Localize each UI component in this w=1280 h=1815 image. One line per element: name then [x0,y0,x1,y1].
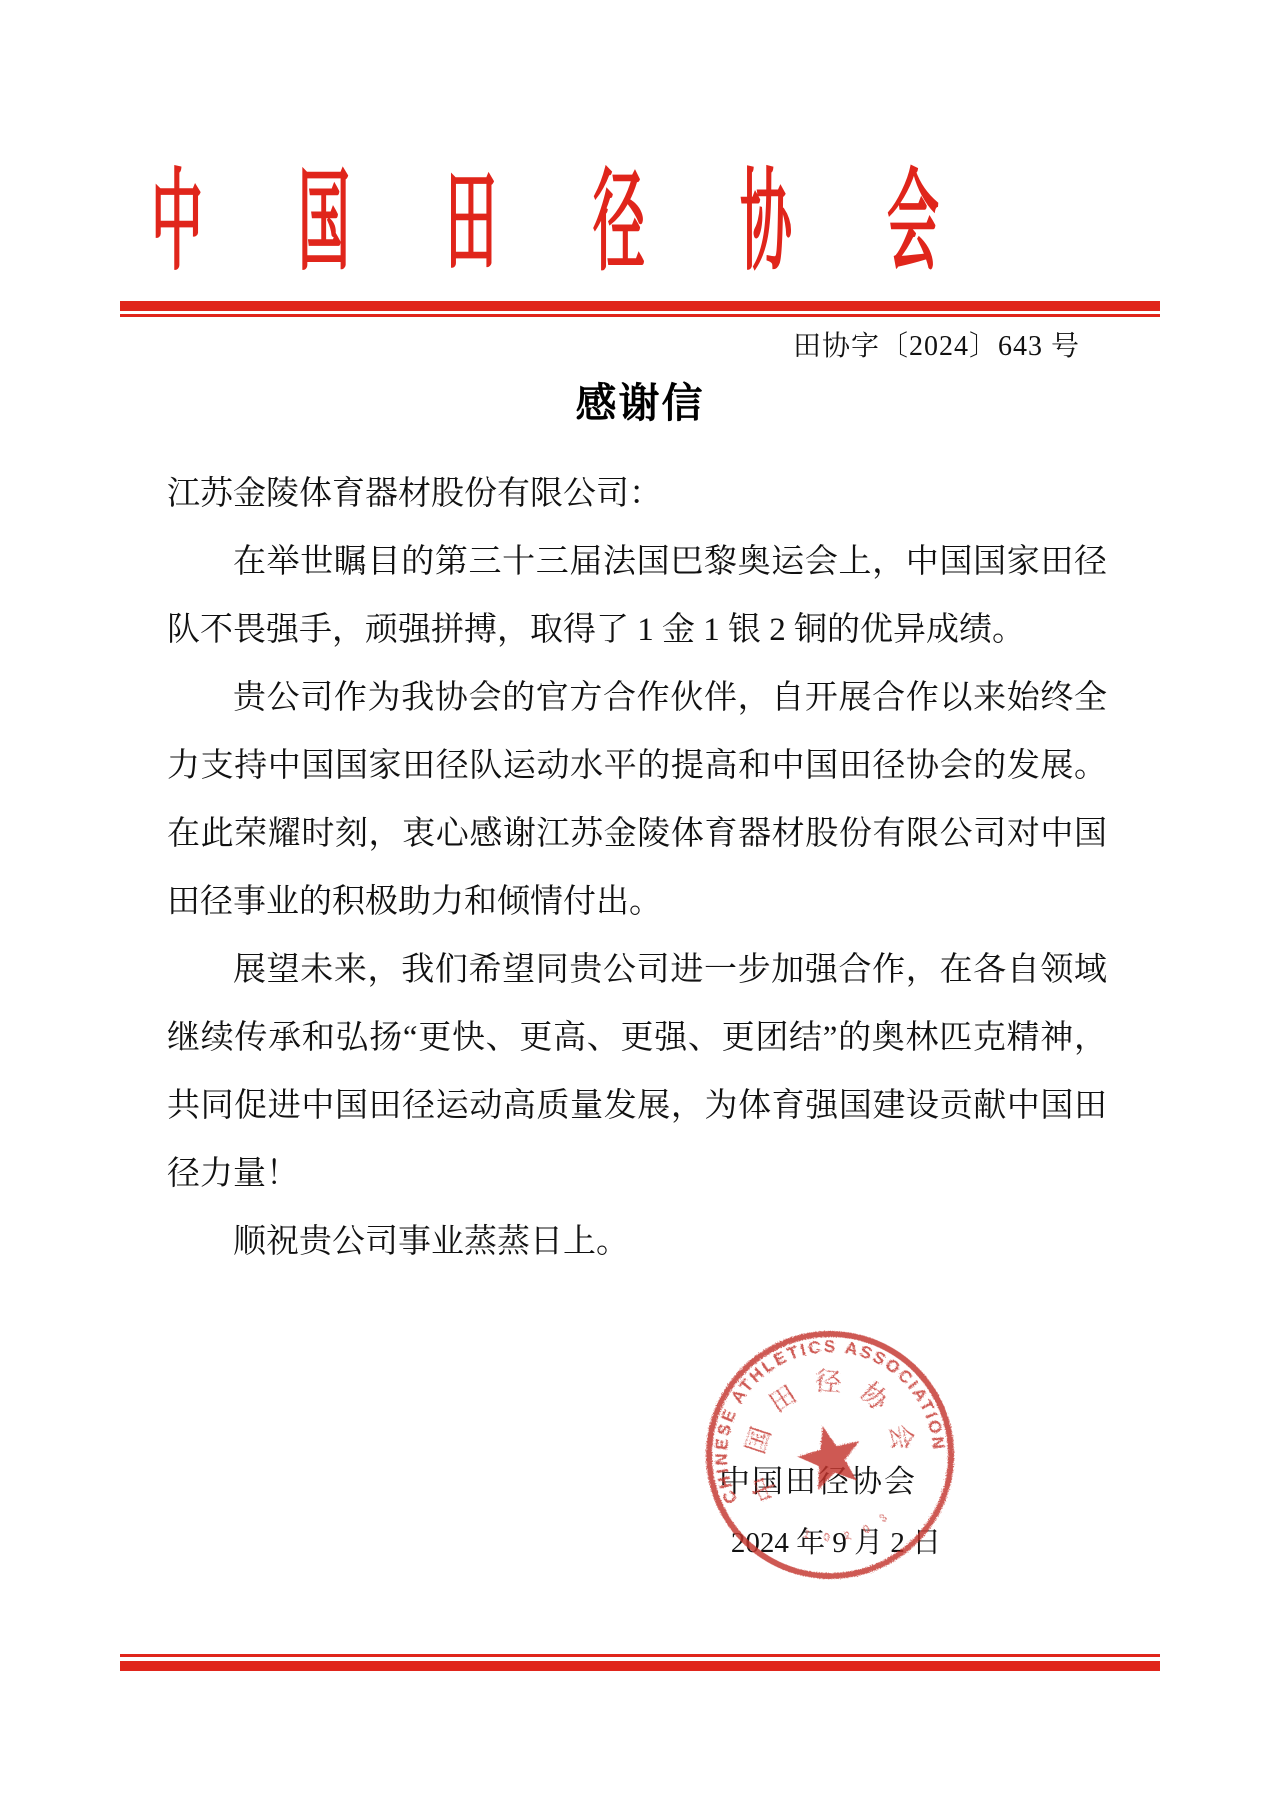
letter-page: 中 国 田 径 协 会 田协字〔2024〕643 号 感谢信 江苏金陵体育器材股… [0,0,1280,1815]
signature-date: 2024 年 9 月 2 日 [706,1520,966,1561]
letter-body: 江苏金陵体育器材股份有限公司： 在举世瞩目的第三十三届法国巴黎奥运会上，中国国家… [167,460,1107,1276]
top-divider [120,301,1160,317]
masthead-char: 中 [151,168,203,278]
paragraph: 贵公司作为我协会的官方合作伙伴，自开展合作以来始终全力支持中国国家田径队运动水平… [167,664,1107,936]
salutation: 江苏金陵体育器材股份有限公司： [167,460,1107,528]
bottom-divider [120,1654,1160,1671]
masthead-char: 田 [445,168,497,278]
masthead: 中 国 田 径 协 会 [127,165,963,280]
paragraph: 展望未来，我们希望同贵公司进一步加强合作，在各自领域继续传承和弘扬“更快、更高、… [167,936,1107,1208]
paragraph: 在举世瞩目的第三十三届法国巴黎奥运会上，中国国家田径队不畏强手，顽强拼搏，取得了… [167,528,1107,664]
bottom-divider-thick-line [120,1661,1160,1671]
top-divider-thick-line [120,301,1160,311]
signature-org-name: 中国田径协会 [688,1456,948,1501]
masthead-char: 协 [740,168,792,278]
masthead-char: 径 [593,168,645,278]
top-divider-thin-line [120,314,1160,317]
letter-title: 感谢信 [0,370,1280,429]
paragraph: 顺祝贵公司事业蒸蒸日上。 [167,1208,1107,1276]
masthead-char: 会 [887,168,939,278]
document-number: 田协字〔2024〕643 号 [0,324,1080,364]
masthead-char: 国 [298,168,350,278]
